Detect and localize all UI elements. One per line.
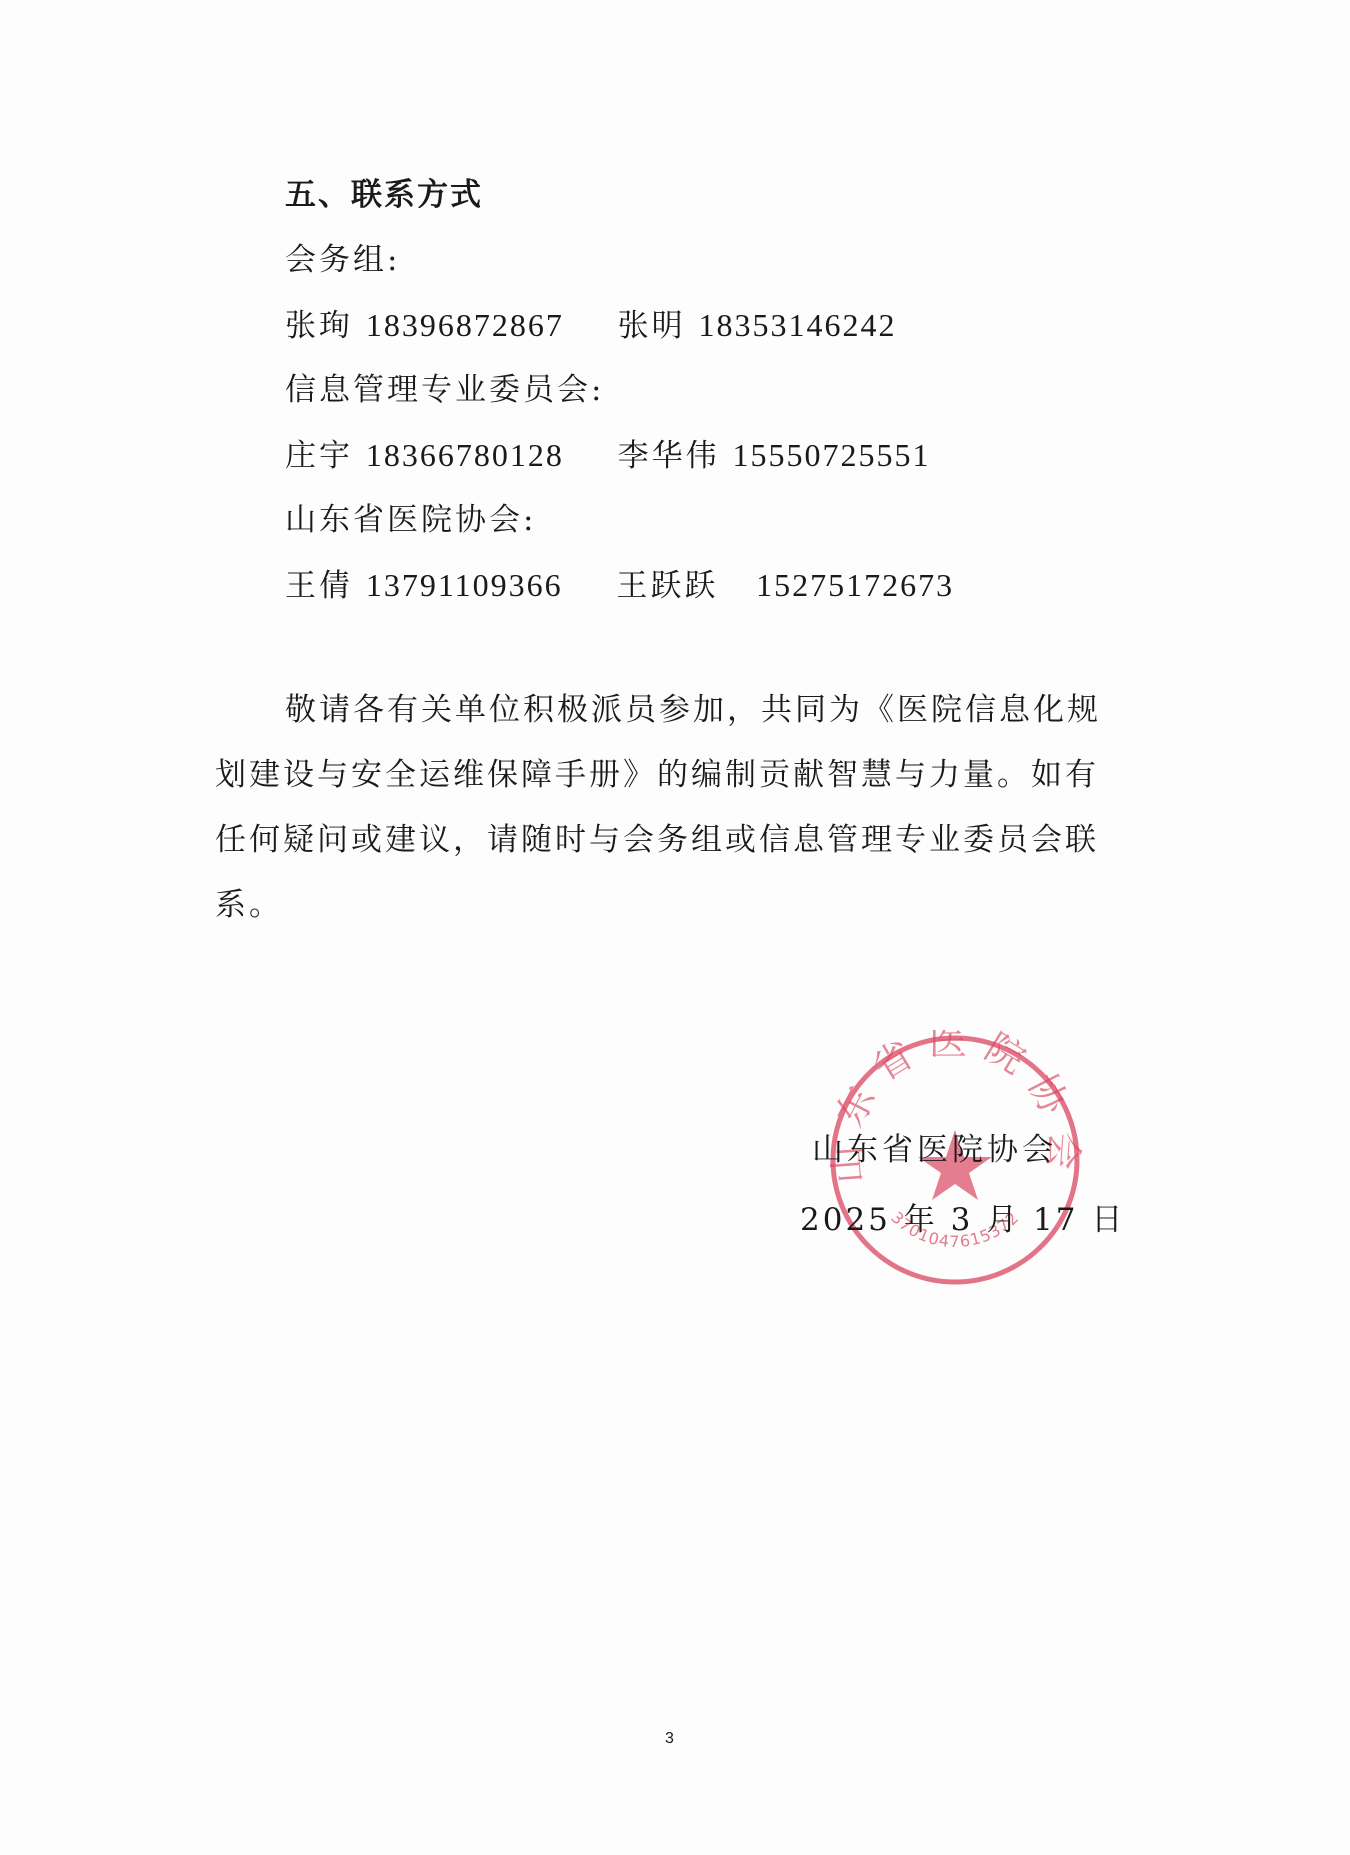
contact-group-label: 山东省医院协会: — [285, 500, 536, 540]
paragraph-line: 划建设与安全运维保障手册》的编制贡献智慧与力量。如有 — [215, 755, 1099, 795]
contact-phone: 18396872867 — [366, 307, 564, 343]
paragraph-line: 系。 — [215, 885, 283, 925]
paragraph-line: 任何疑问或建议，请随时与会务组或信息管理专业委员会联 — [215, 820, 1099, 860]
signature-date: 2025 年 3 月 17 日 — [800, 1200, 1125, 1240]
contact-group-label: 会务组: — [285, 240, 400, 280]
contact-phone: 18366780128 — [366, 437, 564, 473]
contact-name: 李华伟 — [618, 438, 720, 474]
signature-organization: 山东省医院协会 — [812, 1130, 1057, 1170]
contact-row: 王倩 13791109366 王跃跃 15275172673 — [285, 565, 954, 606]
contact-phone: 13791109366 — [366, 567, 563, 603]
contact-phone: 18353146242 — [698, 307, 896, 343]
contact-name: 庄宇 — [285, 438, 353, 474]
contact-group-label: 信息管理专业委员会: — [285, 370, 604, 410]
contact-name: 王跃跃 — [616, 568, 718, 604]
contact-name: 王倩 — [285, 568, 353, 604]
contact-name: 张明 — [618, 308, 686, 344]
contact-row: 张珣 18396872867 张明 18353146242 — [285, 305, 896, 346]
contact-phone: 15550725551 — [732, 437, 930, 473]
contact-name: 张珣 — [285, 308, 353, 344]
contact-phone: 15275172673 — [756, 567, 954, 603]
contact-row: 庄宇 18366780128 李华伟 15550725551 — [285, 435, 930, 476]
paragraph-line: 敬请各有关单位积极派员参加，共同为《医院信息化规 — [285, 690, 1101, 730]
section-heading: 五、联系方式 — [285, 175, 483, 215]
page-number: 3 — [665, 1730, 674, 1748]
